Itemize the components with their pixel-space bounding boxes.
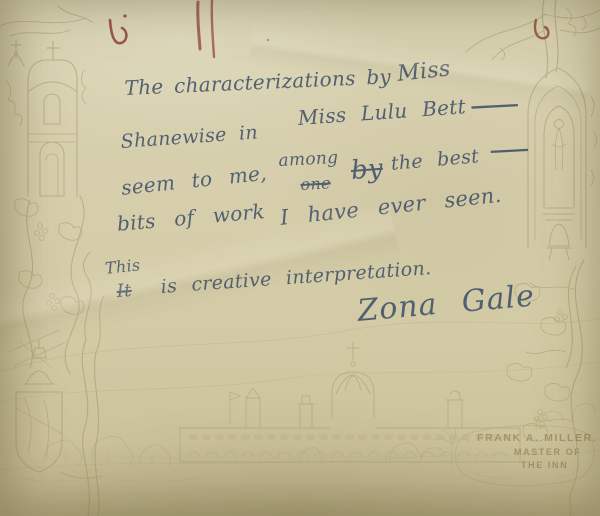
grape-cluster — [535, 310, 568, 427]
statue-pedestal — [543, 208, 575, 220]
letterhead-name: FRANK A. MILLER. — [477, 432, 597, 444]
grape-cluster — [35, 224, 60, 311]
tower-bands — [28, 134, 77, 142]
tower-arch-door — [40, 142, 64, 196]
red-stroke-1 — [198, 2, 200, 49]
niche-outer-arch — [528, 68, 586, 248]
facade-arcade — [188, 452, 506, 458]
mid-tower — [298, 396, 314, 428]
dome-cross-icon — [347, 342, 359, 360]
red-hook-mark — [535, 20, 548, 38]
letterhead-title-line1: MASTER OF — [514, 447, 581, 457]
right-tower — [446, 391, 464, 428]
statue-niche — [544, 106, 574, 208]
mission-inn-panorama-art — [0, 318, 600, 486]
handwriting-line3-struck-word2: by — [350, 154, 384, 186]
tree-branches — [83, 252, 104, 352]
branch-art — [0, 6, 92, 36]
scanned-letter-page: The characterizations by Miss Shanewise … — [0, 0, 600, 516]
left-border-art — [0, 6, 104, 516]
small-ink-dot — [267, 39, 269, 41]
tree-trunk — [82, 340, 99, 516]
hills-line-2 — [0, 362, 600, 402]
red-stroke-2 — [212, 0, 214, 57]
red-j-dot — [123, 14, 126, 17]
flagpole — [230, 392, 240, 424]
tower-bell-window — [44, 94, 60, 124]
left-tower — [246, 388, 260, 428]
shield-detail — [16, 398, 62, 458]
tower-cross-icon — [47, 42, 59, 60]
mission-bell-icon — [547, 224, 571, 260]
dome-finial — [351, 362, 355, 366]
handwriting-line3-struck-word1: one — [300, 173, 331, 194]
tower-gable — [28, 82, 77, 92]
mission-tower — [28, 60, 77, 196]
handwriting-line2-dash: — — [468, 91, 522, 118]
handwriting-line3-dash: — — [488, 138, 532, 162]
vine-stem — [23, 196, 84, 374]
hills-line — [0, 318, 600, 372]
statue-head — [555, 120, 564, 129]
letterhead-title-line2: THE INN — [521, 460, 568, 470]
dome-with-cross — [332, 372, 374, 418]
pinnacle-scribbles — [591, 96, 597, 186]
red-ink-marks — [110, 0, 548, 57]
handwriting-line3-inserted-word: among — [278, 148, 339, 171]
lantern-icon — [24, 340, 54, 384]
handwriting-line5-struck-word: It — [116, 280, 132, 302]
heraldic-shield-icon — [16, 392, 62, 472]
top-tree-branches — [466, 10, 600, 60]
cross-finial-icon — [8, 40, 24, 66]
foreground-path — [0, 450, 600, 482]
tree-trunks — [66, 450, 152, 464]
red-j-mark — [110, 20, 126, 43]
handwriting-line5-inserted-word: This — [104, 255, 141, 278]
tower-arch-inner — [46, 154, 58, 196]
statue-body — [552, 128, 566, 170]
foliage-scribble — [6, 70, 86, 126]
